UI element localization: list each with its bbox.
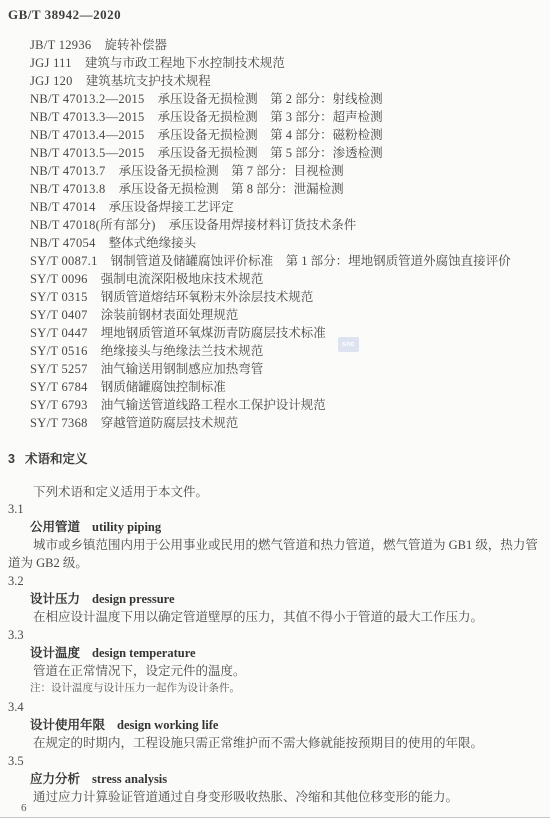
term-id: 3.3 xyxy=(8,626,542,644)
reference-title: 钢质储罐腐蚀控制标准 xyxy=(101,380,226,394)
page-bottom-strip xyxy=(0,818,550,824)
term-name-en: design working life xyxy=(117,718,218,732)
section-heading: 3术语和定义 xyxy=(8,449,87,467)
section-number: 3 xyxy=(8,452,15,466)
reference-code: SY/T 0315 xyxy=(30,290,88,304)
reference-row: SY/T 0516绝缘接头与绝缘法兰技术规范 xyxy=(30,342,544,360)
reference-row: NB/T 47013.5—2015承压设备无损检测 第 5 部分：渗透检测 xyxy=(30,144,544,162)
reference-row: NB/T 47013.2—2015承压设备无损检测 第 2 部分：射线检测 xyxy=(30,90,544,108)
reference-row: NB/T 47013.7承压设备无损检测 第 7 部分：目视检测 xyxy=(30,162,544,180)
reference-row: JB/T 12936旋转补偿器 xyxy=(30,36,544,54)
term-definition: 在规定的时期内，工程设施只需正常维护而不需大修就能按预期目的使用的年限。 xyxy=(8,734,542,752)
terms-list: 3.1 公用管道utility piping 城市或乡镇范围内用于公用事业或民用… xyxy=(8,500,542,806)
reference-title: 承压设备无损检测 第 5 部分：渗透检测 xyxy=(158,146,383,160)
term-block: 3.2 设计压力design pressure 在相应设计温度下用以确定管道壁厚… xyxy=(8,572,542,626)
reference-title: 承压设备无损检测 第 8 部分：泄漏检测 xyxy=(119,182,344,196)
reference-row: JGJ 111建筑与市政工程地下水控制技术规范 xyxy=(30,54,544,72)
reference-code: NB/T 47054 xyxy=(30,236,96,250)
section-title: 术语和定义 xyxy=(25,452,88,466)
reference-title: 整体式绝缘接头 xyxy=(109,236,197,250)
reference-row: SY/T 0407涂装前钢材表面处理规范 xyxy=(30,306,544,324)
reference-title: 承压设备无损检测 第 7 部分：目视检测 xyxy=(119,164,344,178)
term-id: 3.5 xyxy=(8,752,542,770)
reference-title: 建筑基坑支护技术规程 xyxy=(86,74,211,88)
standard-number-header: GB/T 38942—2020 xyxy=(8,7,121,23)
reference-row: NB/T 47013.3—2015承压设备无损检测 第 3 部分：超声检测 xyxy=(30,108,544,126)
term-name-en: design temperature xyxy=(92,646,196,660)
term-name-en: stress analysis xyxy=(92,772,167,786)
references-list: JB/T 12936旋转补偿器 JGJ 111建筑与市政工程地下水控制技术规范 … xyxy=(30,36,544,432)
reference-title: 旋转补偿器 xyxy=(104,38,167,52)
term-block: 3.4 设计使用年限design working life 在规定的时期内，工程… xyxy=(8,698,542,752)
reference-title: 承压设备无损检测 第 2 部分：射线检测 xyxy=(158,92,383,106)
reference-code: SY/T 7368 xyxy=(30,416,88,430)
reference-code: JB/T 12936 xyxy=(30,38,91,52)
term-name-en: design pressure xyxy=(92,592,175,606)
term-name-zh: 设计使用年限 xyxy=(30,718,105,732)
reference-code: NB/T 47013.7 xyxy=(30,164,106,178)
term-definition: 通过应力计算验证管道通过自身变形吸收热胀、冷缩和其他位移变形的能力。 xyxy=(8,788,542,806)
reference-title: 承压设备无损检测 第 3 部分：超声检测 xyxy=(158,110,383,124)
reference-row: NB/T 47013.4—2015承压设备无损检测 第 4 部分：磁粉检测 xyxy=(30,126,544,144)
reference-code: NB/T 47013.4—2015 xyxy=(30,128,145,142)
reference-title: 油气输送用钢制感应加热弯管 xyxy=(101,362,264,376)
term-name: 公用管道utility piping xyxy=(30,518,542,536)
reference-title: 强制电流深阳极地床技术规范 xyxy=(101,272,264,286)
term-definition: 管道在正常情况下，设定元件的温度。 xyxy=(8,662,542,680)
term-name: 应力分析stress analysis xyxy=(30,770,542,788)
reference-code: SY/T 0407 xyxy=(30,308,88,322)
reference-code: SY/T 0516 xyxy=(30,344,88,358)
term-id: 3.1 xyxy=(8,500,542,518)
reference-title: 涂装前钢材表面处理规范 xyxy=(101,308,239,322)
reference-title: 穿越管道防腐层技术规范 xyxy=(101,416,239,430)
term-id: 3.4 xyxy=(8,698,542,716)
reference-code: SY/T 0087.1 xyxy=(30,254,98,268)
reference-code: NB/T 47018(所有部分) xyxy=(30,218,156,232)
reference-title: 钢制管道及储罐腐蚀评价标准 第 1 部分：埋地钢质管道外腐蚀直接评价 xyxy=(111,254,511,268)
reference-title: 建筑与市政工程地下水控制技术规范 xyxy=(85,56,285,70)
reference-code: NB/T 47014 xyxy=(30,200,96,214)
term-name-en: utility piping xyxy=(92,520,161,534)
reference-row: NB/T 47014承压设备焊接工艺评定 xyxy=(30,198,544,216)
reference-row: NB/T 47018(所有部分)承压设备用焊接材料订货技术条件 xyxy=(30,216,544,234)
term-block: 3.5 应力分析stress analysis 通过应力计算验证管道通过自身变形… xyxy=(8,752,542,806)
reference-code: JGJ 120 xyxy=(30,74,73,88)
reference-row: SY/T 0447埋地钢质管道环氧煤沥青防腐层技术标准 xyxy=(30,324,544,342)
term-name-zh: 应力分析 xyxy=(30,772,80,786)
term-block: 3.3 设计温度design temperature 管道在正常情况下，设定元件… xyxy=(8,626,542,698)
reference-row: SY/T 6793油气输送管道线路工程水工保护设计规范 xyxy=(30,396,544,414)
reference-row: SY/T 0087.1钢制管道及储罐腐蚀评价标准 第 1 部分：埋地钢质管道外腐… xyxy=(30,252,544,270)
reference-title: 承压设备焊接工艺评定 xyxy=(109,200,234,214)
reference-row: SY/T 0315钢质管道熔结环氧粉末外涂层技术规范 xyxy=(30,288,544,306)
term-name: 设计温度design temperature xyxy=(30,644,542,662)
term-definition: 在相应设计温度下用以确定管道壁厚的压力，其值不得小于管道的最大工作压力。 xyxy=(8,608,542,626)
term-name-zh: 公用管道 xyxy=(30,520,80,534)
term-name-zh: 设计压力 xyxy=(30,592,80,606)
reference-title: 埋地钢质管道环氧煤沥青防腐层技术标准 xyxy=(101,326,326,340)
reference-row: JGJ 120建筑基坑支护技术规程 xyxy=(30,72,544,90)
reference-row: NB/T 47013.8承压设备无损检测 第 8 部分：泄漏检测 xyxy=(30,180,544,198)
reference-row: NB/T 47054整体式绝缘接头 xyxy=(30,234,544,252)
reference-row: SY/T 6784钢质储罐腐蚀控制标准 xyxy=(30,378,544,396)
term-note: 注：设计温度与设计压力一起作为设计条件。 xyxy=(30,680,542,698)
term-id: 3.2 xyxy=(8,572,542,590)
reference-title: 绝缘接头与绝缘法兰技术规范 xyxy=(101,344,264,358)
reference-code: NB/T 47013.2—2015 xyxy=(30,92,145,106)
reference-row: SY/T 0096强制电流深阳极地床技术规范 xyxy=(30,270,544,288)
section-intro: 下列术语和定义适用于本文件。 xyxy=(8,482,542,500)
term-name: 设计压力design pressure xyxy=(30,590,542,608)
reference-title: 承压设备用焊接材料订货技术条件 xyxy=(169,218,357,232)
watermark-badge: snc xyxy=(338,337,359,352)
reference-row: SY/T 7368穿越管道防腐层技术规范 xyxy=(30,414,544,432)
reference-code: NB/T 47013.5—2015 xyxy=(30,146,145,160)
document-page: GB/T 38942—2020 JB/T 12936旋转补偿器 JGJ 111建… xyxy=(0,0,550,824)
reference-code: SY/T 6784 xyxy=(30,380,88,394)
term-block: 3.1 公用管道utility piping 城市或乡镇范围内用于公用事业或民用… xyxy=(8,500,542,572)
page-number: 6 xyxy=(21,802,27,814)
reference-code: JGJ 111 xyxy=(30,56,72,70)
reference-title: 钢质管道熔结环氧粉末外涂层技术规范 xyxy=(101,290,314,304)
reference-code: NB/T 47013.3—2015 xyxy=(30,110,145,124)
reference-title: 承压设备无损检测 第 4 部分：磁粉检测 xyxy=(158,128,383,142)
reference-code: SY/T 6793 xyxy=(30,398,88,412)
term-name: 设计使用年限design working life xyxy=(30,716,542,734)
term-definition: 城市或乡镇范围内用于公用事业或民用的燃气管道和热力管道，燃气管道为 GB1 级，… xyxy=(8,536,542,572)
term-name-zh: 设计温度 xyxy=(30,646,80,660)
reference-title: 油气输送管道线路工程水工保护设计规范 xyxy=(101,398,326,412)
reference-code: SY/T 0096 xyxy=(30,272,88,286)
reference-code: SY/T 0447 xyxy=(30,326,88,340)
reference-code: SY/T 5257 xyxy=(30,362,88,376)
reference-row: SY/T 5257油气输送用钢制感应加热弯管 xyxy=(30,360,544,378)
reference-code: NB/T 47013.8 xyxy=(30,182,106,196)
